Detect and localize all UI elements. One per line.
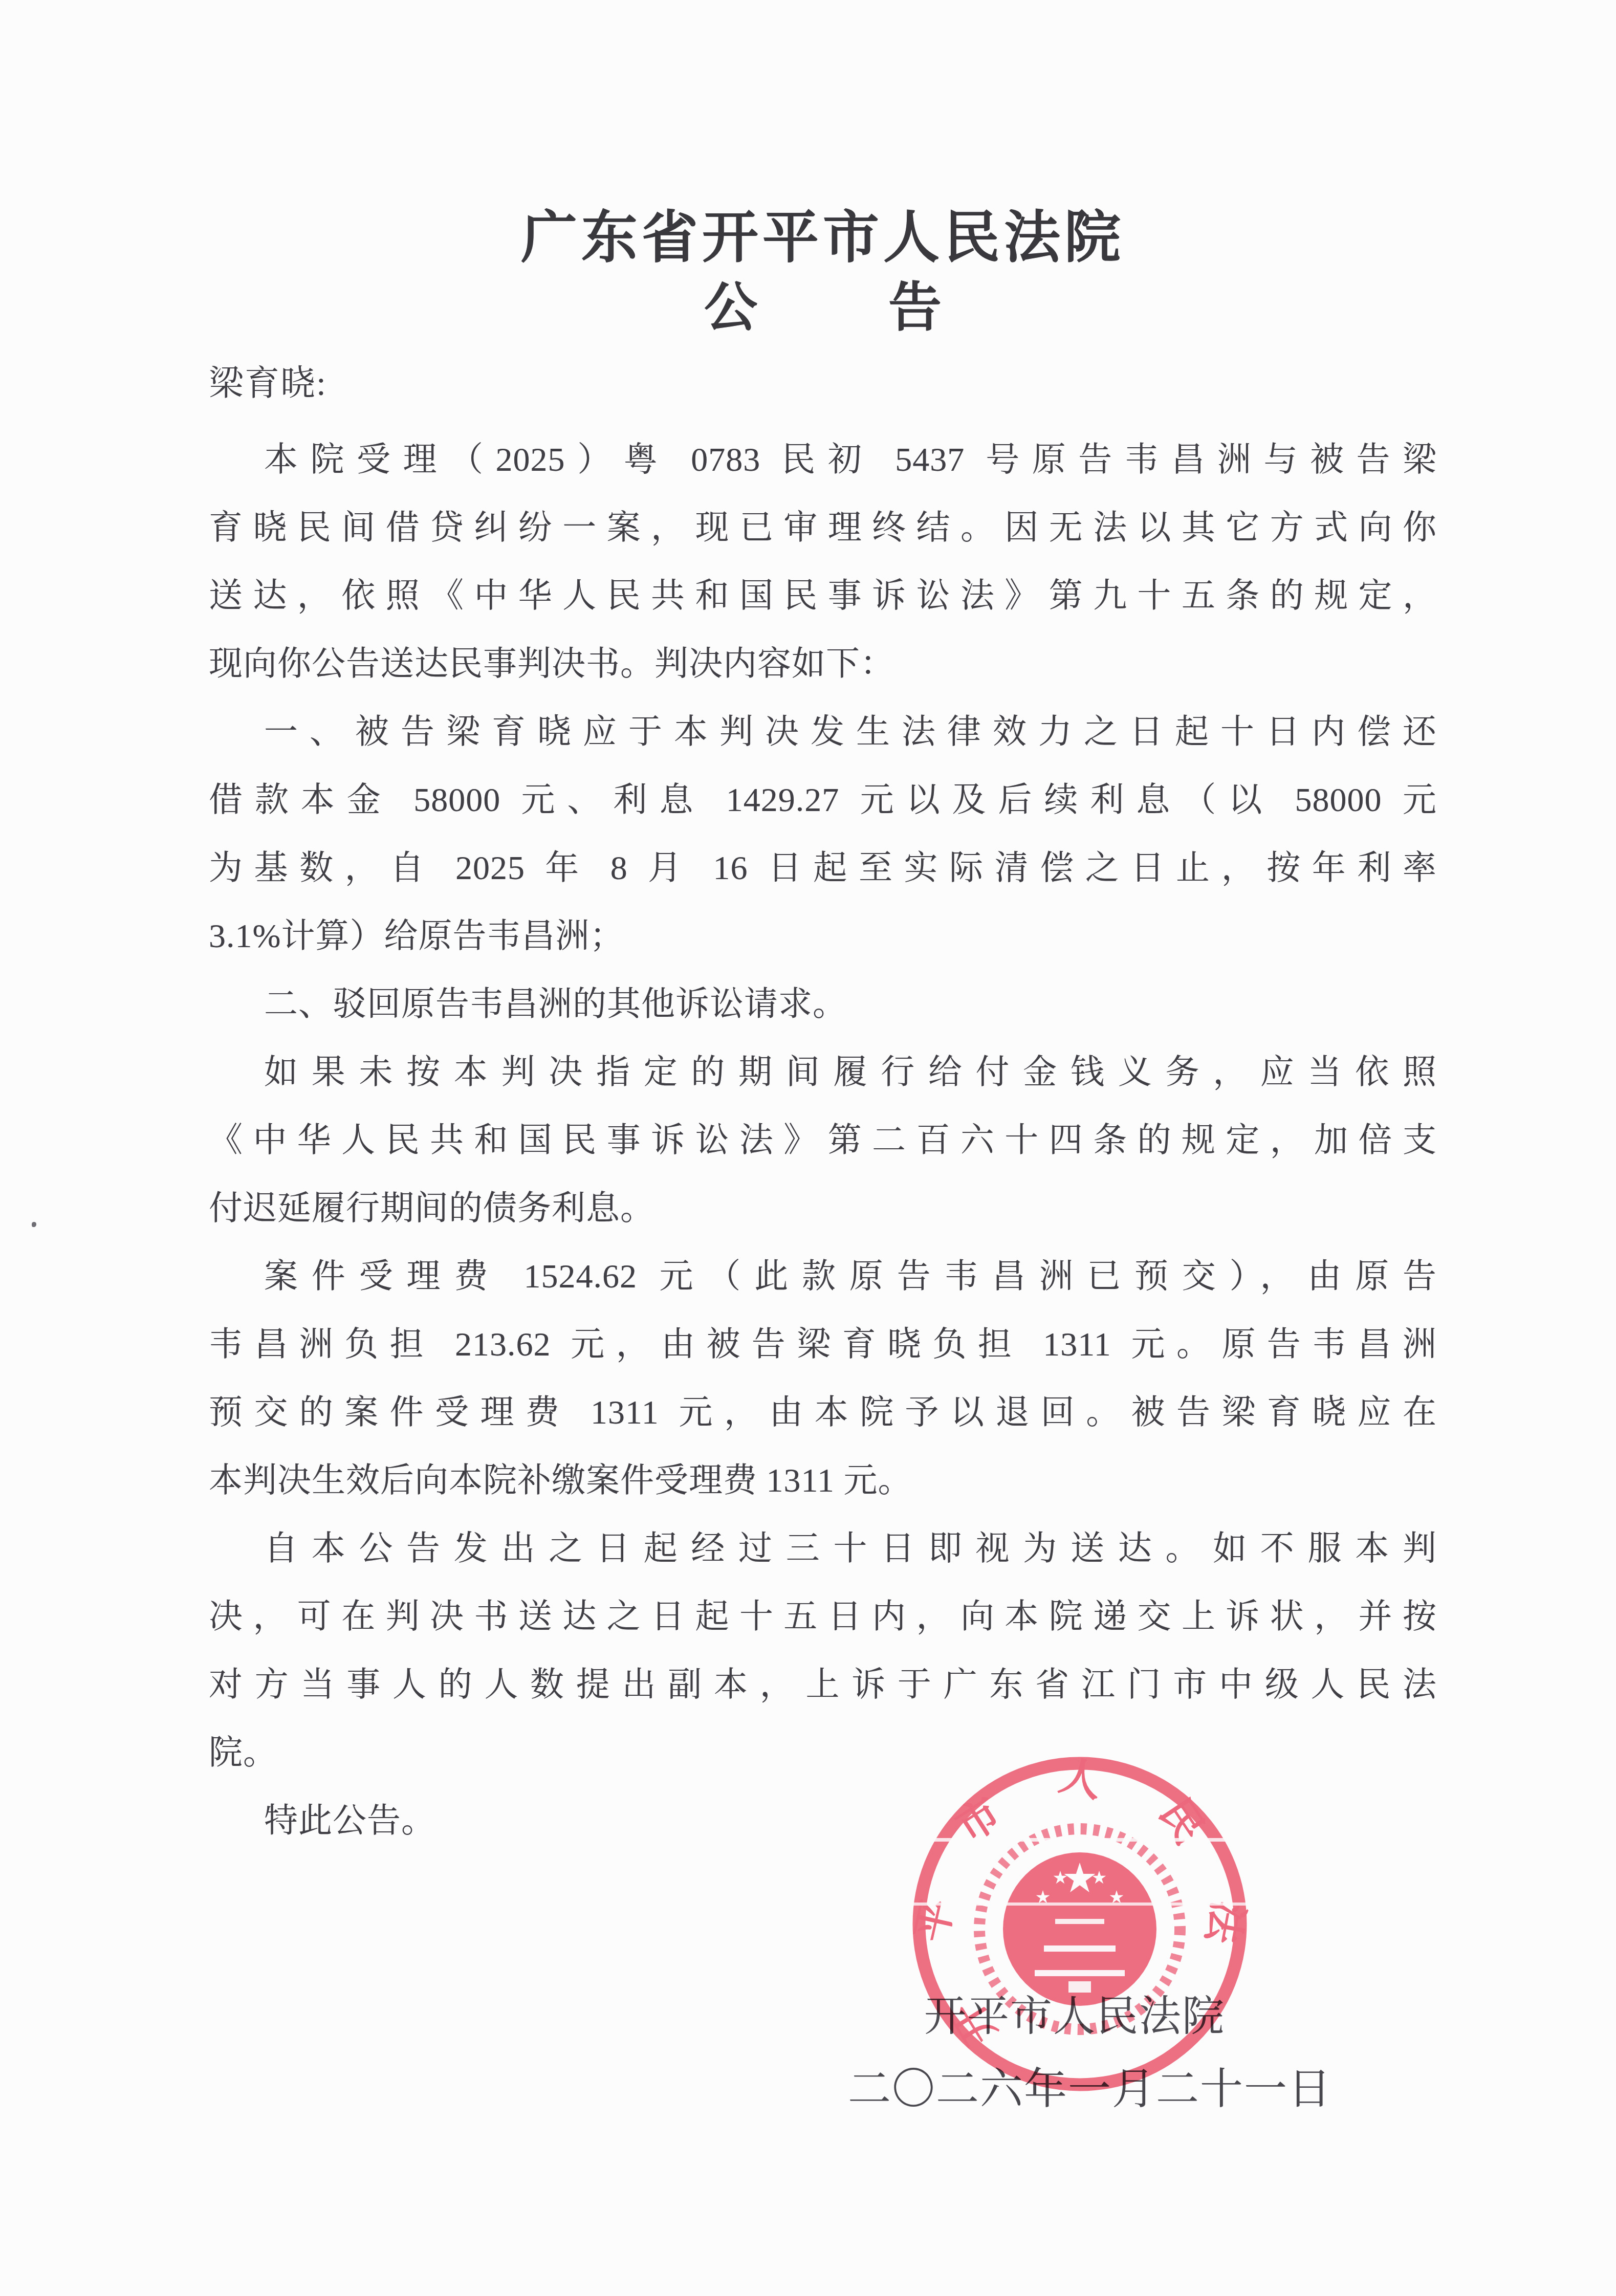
body-line: 对方当事人的人数提出副本，上诉于广东省江门市中级人民法	[209, 1651, 1437, 1719]
body-line: 本院受理（2025）粤 0783 民初 5437 号原告韦昌洲与被告梁	[209, 426, 1437, 494]
scan-speck	[32, 1222, 36, 1227]
addressee: 梁育晓:	[209, 364, 327, 403]
body-line: 育晓民间借贷纠纷一案，现已审理终结。因无法以其它方式向你	[209, 494, 1437, 562]
announcement-heading: 公 告	[209, 280, 1437, 336]
body-line: 送达，依照《中华人民共和国民事诉讼法》第九十五条的规定，	[209, 562, 1437, 630]
subtitle-char-left: 公	[704, 280, 757, 336]
body-line: 本判决生效后向本院补缴案件受理费 1311 元。	[209, 1447, 1437, 1515]
national-emblem-icon	[979, 1829, 1180, 2029]
body-line: 3.1%计算）给原告韦昌洲；	[209, 902, 1437, 970]
body-line: 一、被告梁育晓应于本判决发生法律效力之日起十日内偿还	[209, 698, 1437, 766]
body-line: 案件受理费 1524.62 元（此款原告韦昌洲已预交），由原告	[209, 1242, 1437, 1310]
body-line: 韦昌洲负担 213.62 元，由被告梁育晓负担 1311 元。原告韦昌洲	[209, 1310, 1437, 1379]
body-line: 自本公告发出之日起经过三十日即视为送达。如不服本判	[209, 1515, 1437, 1583]
body-line: 二、驳回原告韦昌洲的其他诉讼请求。	[209, 970, 1437, 1038]
body-line: 决，可在判决书送达之日起十五日内，向本院递交上诉状，并按	[209, 1583, 1437, 1651]
court-seal: 开平市人民法院	[906, 1750, 1254, 2098]
body-line: 付迟延履行期间的债务利息。	[209, 1174, 1437, 1242]
scan-streak	[906, 1903, 1254, 1906]
body-line: 预交的案件受理费 1311 元，由本院予以退回。被告梁育晓应在	[209, 1379, 1437, 1447]
subtitle-char-right: 告	[888, 280, 942, 336]
body-text: 本院受理（2025）粤 0783 民初 5437 号原告韦昌洲与被告梁 育晓民间…	[209, 426, 1437, 1855]
body-line: 借款本金 58000 元、利息 1429.27 元以及后续利息（以 58000 …	[209, 766, 1437, 834]
body-line: 为基数，自 2025 年 8 月 16 日起至实际清偿之日止，按年利率	[209, 834, 1437, 902]
body-line: 《中华人民共和国民事诉讼法》第二百六十四条的规定，加倍支	[209, 1106, 1437, 1174]
scan-streak	[906, 1838, 1254, 1842]
body-line: 现向你公告送达民事判决书。判决内容如下：	[209, 630, 1437, 698]
page-title: 广东省开平市人民法院	[209, 209, 1437, 268]
body-line: 如果未按本判决指定的期间履行给付金钱义务，应当依照	[209, 1038, 1437, 1106]
announcement-page: 广东省开平市人民法院 公 告 梁育晓: 本院受理（2025）粤 0783 民初 …	[0, 0, 1616, 2296]
